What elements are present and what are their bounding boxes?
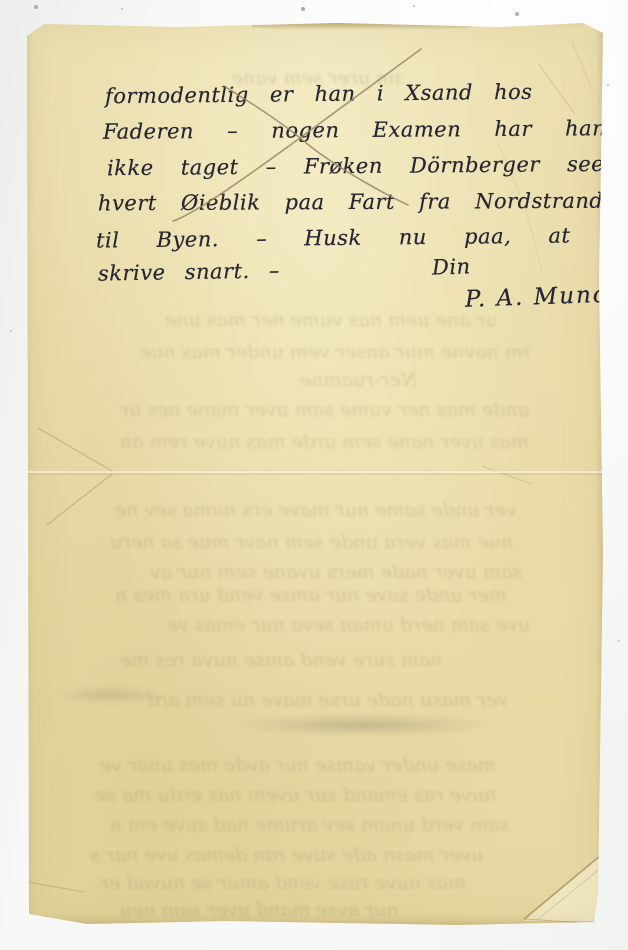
letter-text-line: ikke taget – Frøken Dörnberger seer xyxy=(107,152,615,180)
bleedthrough-line: ver unde same nur mave ers numa sev ne xyxy=(115,499,545,521)
horizontal-fold-crease xyxy=(27,470,603,475)
bleedthrough-line: ver masu nade urse mave nu sem ard xyxy=(147,689,547,711)
bleedthrough-line: sam verd unam sev arume nad suve em n xyxy=(110,814,540,836)
letter-page: nam urer sem vanemur ane uem nas vume ne… xyxy=(27,22,603,925)
letter-text-line: Din xyxy=(432,254,471,279)
bleedthrough-line: mas uver nane sem urde mas nuve rem an xyxy=(120,431,560,453)
bleedthrough-line: nam sure vend amse nuva res me xyxy=(120,649,470,671)
bleedthrough-line: nuve ras emand sur uvem nas erdu ma se xyxy=(95,784,545,806)
dust-specks xyxy=(0,0,2,2)
bleedthrough-line: uver masn ade suve ran demas uve nar s xyxy=(90,844,550,866)
letter-text-line: formodentlig er han i Xsand hos xyxy=(105,80,533,108)
letter-text-line: skrive snart. – xyxy=(98,258,280,285)
bleedthrough-line: uve sam nerd uman seva nur emas ve xyxy=(167,614,547,636)
bleedthrough-line: Ner-ruamne xyxy=(300,369,440,391)
bleedthrough-line: mase under vamse nur avde mes unar ve xyxy=(100,754,540,776)
letter-text-line: til Byen. – Husk nu paa, at xyxy=(96,224,571,253)
bleedthrough-line: mas nuve rase vend amur se nuvad er xyxy=(100,872,540,894)
top-edge-crease xyxy=(252,22,472,30)
scanner-bed: nam urer sem vanemur ane uem nas vume ne… xyxy=(0,0,628,950)
bleedthrough-line: unde mas ner vume sam uver mane nes ur xyxy=(120,399,550,421)
bleedthrough-line: mur ane uem nas vume ner mas une xyxy=(165,309,495,331)
bleedthrough-line: nue mas vera unde sem navr mue sa neru xyxy=(110,531,550,553)
bleedthrough-line: sam uver nade mers uvane sem nur av xyxy=(150,561,540,583)
letter-text-line: hvert Øieblik paa Fart fra Nordstrand xyxy=(98,189,603,216)
bleedthrough-line: nur avse mand uver sam neu xyxy=(120,899,500,921)
bleedthrough-line: sem navne mur anser vem under mas nue xyxy=(140,341,530,363)
letter-text-line: Faderen – nogen Examen har han xyxy=(103,116,606,144)
bleedthrough-line: mer unde save nur amse vend ura mes n xyxy=(115,584,545,606)
signature: P. A. Munch xyxy=(465,281,625,313)
ink-smudge-small xyxy=(55,686,165,704)
ink-smudge xyxy=(235,714,491,736)
